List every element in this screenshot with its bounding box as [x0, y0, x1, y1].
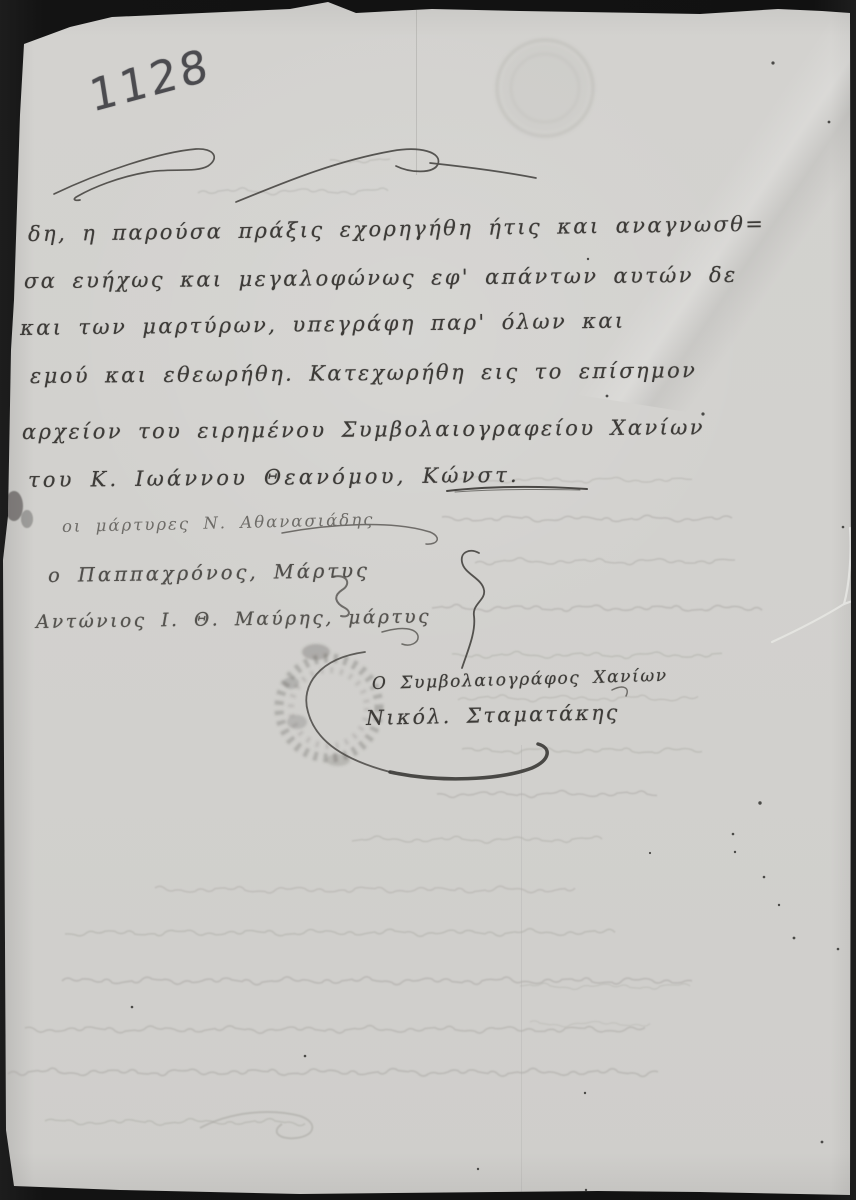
- pen-flourish-top-left: [54, 149, 214, 200]
- manuscript-paper: 1128 δη, η παρούσα πράξις εχορηγήθη ήτις…: [0, 0, 856, 1200]
- fiber-artifact: [772, 528, 856, 642]
- ink-overlay: [0, 0, 856, 1200]
- scanned-page: 1128 δη, η παρούσα πράξις εχορηγήθη ήτις…: [0, 0, 856, 1200]
- bleedthrough-ghost-lines: [8, 159, 762, 1126]
- ghost-signature: [200, 1112, 312, 1138]
- embossed-seal-icon: [497, 40, 593, 136]
- pen-dash: [447, 487, 587, 492]
- notary-stamp: [279, 644, 379, 766]
- manuscript-line-5: αρχείον του ειρημένου Συμβολαιογραφείου …: [22, 415, 705, 444]
- pen-flourish-top-right: [236, 149, 536, 202]
- ink-blot: [5, 491, 33, 528]
